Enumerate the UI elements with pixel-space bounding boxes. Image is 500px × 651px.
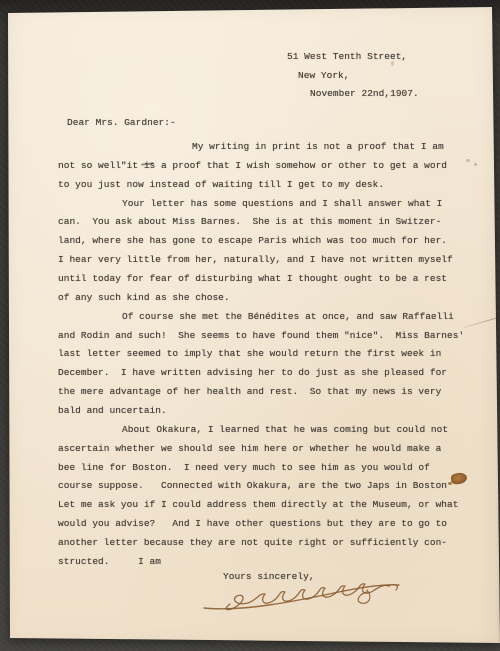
body-line: ascertain whether we should see him here…: [58, 440, 478, 459]
body-line: not so well"it is a proof that I wish so…: [58, 157, 478, 176]
body-line: until today for fear of disturbing what …: [58, 270, 478, 289]
scanned-letter-photo: { "colors": { "background": "#3a3936", "…: [0, 0, 500, 651]
body-line: bald and uncertain.: [58, 402, 478, 421]
signature-name: Jno La Farge: [0, 0, 1, 1]
body-line: would you advise? And I have other quest…: [58, 515, 478, 534]
body-line: December. I have written advising her to…: [58, 364, 478, 383]
body-line: can. You ask about Miss Barnes. She is a…: [58, 213, 478, 232]
salutation: Dear Mrs. Gardner:-: [67, 117, 176, 128]
address-line-street: 51 West Tenth Street,: [287, 51, 407, 62]
body-line: course suppose. Connected with Okakura, …: [58, 477, 478, 496]
body-line: My writing in print is not a proof that …: [58, 138, 478, 157]
body-line: bee line for Boston. I need very much to…: [58, 459, 478, 478]
body-line: Let me ask you if I could address them d…: [58, 496, 478, 515]
body-line: structed. I am: [58, 553, 478, 572]
body-line: to you just now instead of waiting till …: [58, 176, 478, 195]
signature-script: [200, 580, 405, 614]
paper-wrapper: 51 West Tenth Street, New York, November…: [0, 0, 500, 651]
letter-paper: 51 West Tenth Street, New York, November…: [0, 0, 500, 651]
body-line: Your letter has some questions and I sha…: [58, 195, 478, 214]
body-line: of any such kind as she chose.: [58, 289, 478, 308]
address-line-date: November 22nd,1907.: [310, 88, 419, 99]
letter-body: My writing in print is not a proof that …: [58, 138, 478, 572]
smudge-mark: [466, 159, 470, 162]
smudge-mark: [474, 163, 477, 166]
body-line: I hear very little from her, naturally, …: [58, 251, 478, 270]
body-line: land, where she has gone to escape Paris…: [58, 232, 478, 251]
body-line: and Rodin and such! She seems to have fo…: [58, 327, 478, 346]
body-line: the mere advantage of her health and res…: [58, 383, 478, 402]
address-line-city: New York,: [298, 70, 350, 81]
paper-speck: [391, 61, 394, 66]
body-line: About Okakura, I learned that he was com…: [58, 421, 478, 440]
body-line: Of course she met the Bénédites at once,…: [58, 308, 478, 327]
ink-stain-speck: [448, 482, 452, 485]
body-line: last letter seemed to imply that she wou…: [58, 345, 478, 364]
body-line: another letter because they are not quit…: [58, 534, 478, 553]
